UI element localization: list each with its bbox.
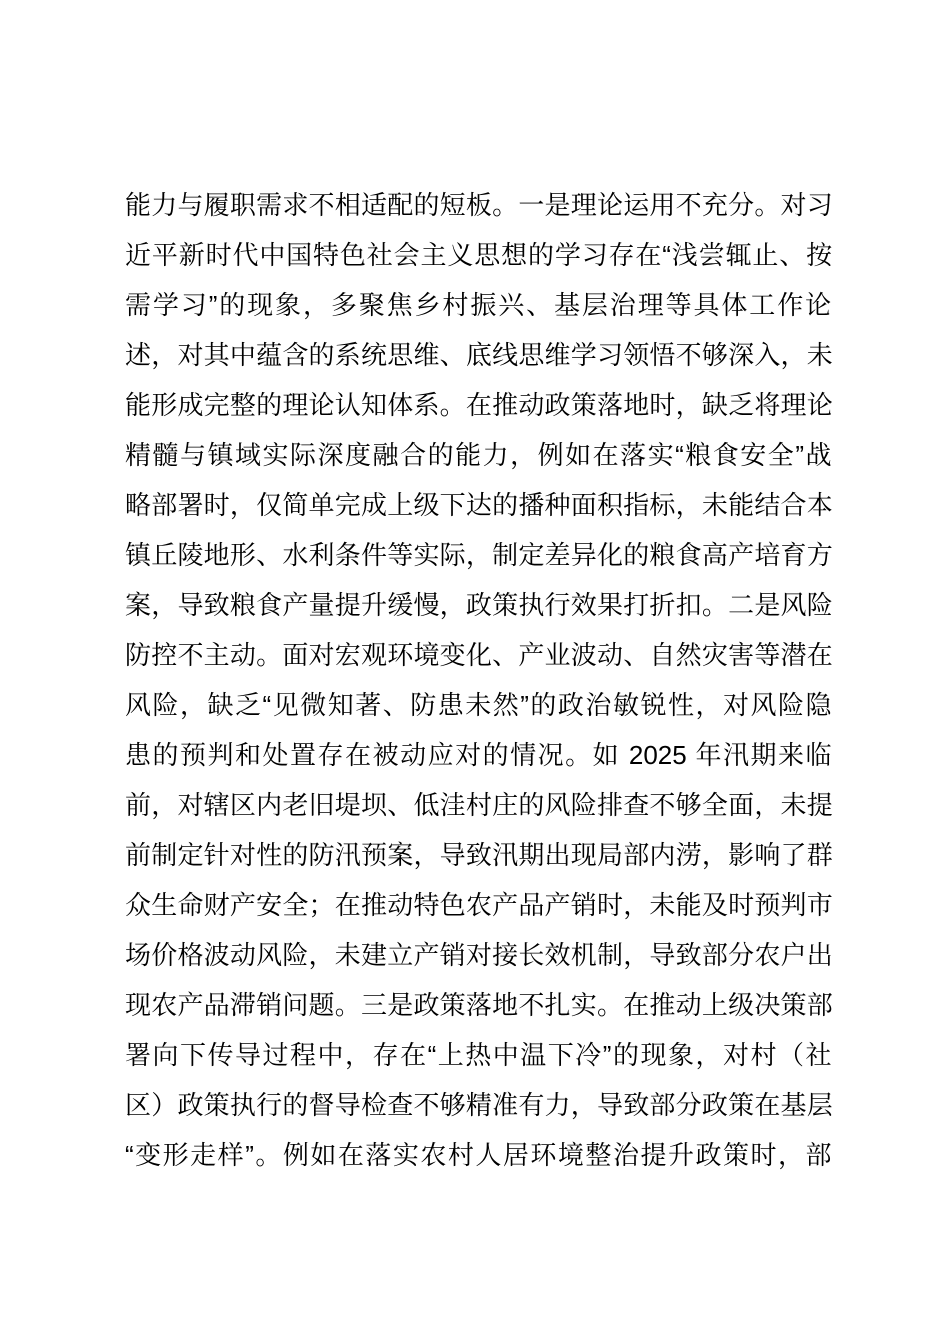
text-line: 众生命财产安全；在推动特色农产品产销时，未能及时预判市 — [125, 880, 833, 930]
text-line: 略部署时，仅简单完成上级下达的播种面积指标，未能结合本 — [125, 480, 833, 530]
text-line: 精髓与镇域实际深度融合的能力，例如在落实“粮食安全”战 — [125, 430, 833, 480]
document-body-text: 能力与履职需求不相适配的短板。一是理论运用不充分。对习 近平新时代中国特色社会主… — [125, 180, 833, 1180]
text-line: 区）政策执行的督导检查不够精准有力，导致部分政策在基层 — [125, 1080, 833, 1130]
text-line: 现农产品滞销问题。三是政策落地不扎实。在推动上级决策部 — [125, 980, 833, 1030]
text-line: 镇丘陵地形、水利条件等实际，制定差异化的粮食高产培育方 — [125, 530, 833, 580]
text-line: 能力与履职需求不相适配的短板。一是理论运用不充分。对习 — [125, 180, 833, 230]
text-line: 患的预判和处置存在被动应对的情况。如 2025 年汛期来临 — [125, 730, 833, 780]
text-line: 前，对辖区内老旧堤坝、低洼村庄的风险排查不够全面，未提 — [125, 780, 833, 830]
text-line: 案，导致粮食产量提升缓慢，政策执行效果打折扣。二是风险 — [125, 580, 833, 630]
text-line: 述，对其中蕴含的系统思维、底线思维学习领悟不够深入，未 — [125, 330, 833, 380]
text-line: 场价格波动风险，未建立产销对接长效机制，导致部分农户出 — [125, 930, 833, 980]
text-line: 需学习”的现象，多聚焦乡村振兴、基层治理等具体工作论 — [125, 280, 833, 330]
document-page: 能力与履职需求不相适配的短板。一是理论运用不充分。对习 近平新时代中国特色社会主… — [0, 0, 950, 1344]
text-line: 前制定针对性的防汛预案，导致汛期出现局部内涝，影响了群 — [125, 830, 833, 880]
text-line: 近平新时代中国特色社会主义思想的学习存在“浅尝辄止、按 — [125, 230, 833, 280]
text-line: 风险，缺乏“见微知著、防患未然”的政治敏锐性，对风险隐 — [125, 680, 833, 730]
text-line: “变形走样”。例如在落实农村人居环境整治提升政策时，部 — [125, 1130, 833, 1180]
text-line: 防控不主动。面对宏观环境变化、产业波动、自然灾害等潜在 — [125, 630, 833, 680]
text-line: 能形成完整的理论认知体系。在推动政策落地时，缺乏将理论 — [125, 380, 833, 430]
text-line: 署向下传导过程中，存在“上热中温下冷”的现象，对村（社 — [125, 1030, 833, 1080]
